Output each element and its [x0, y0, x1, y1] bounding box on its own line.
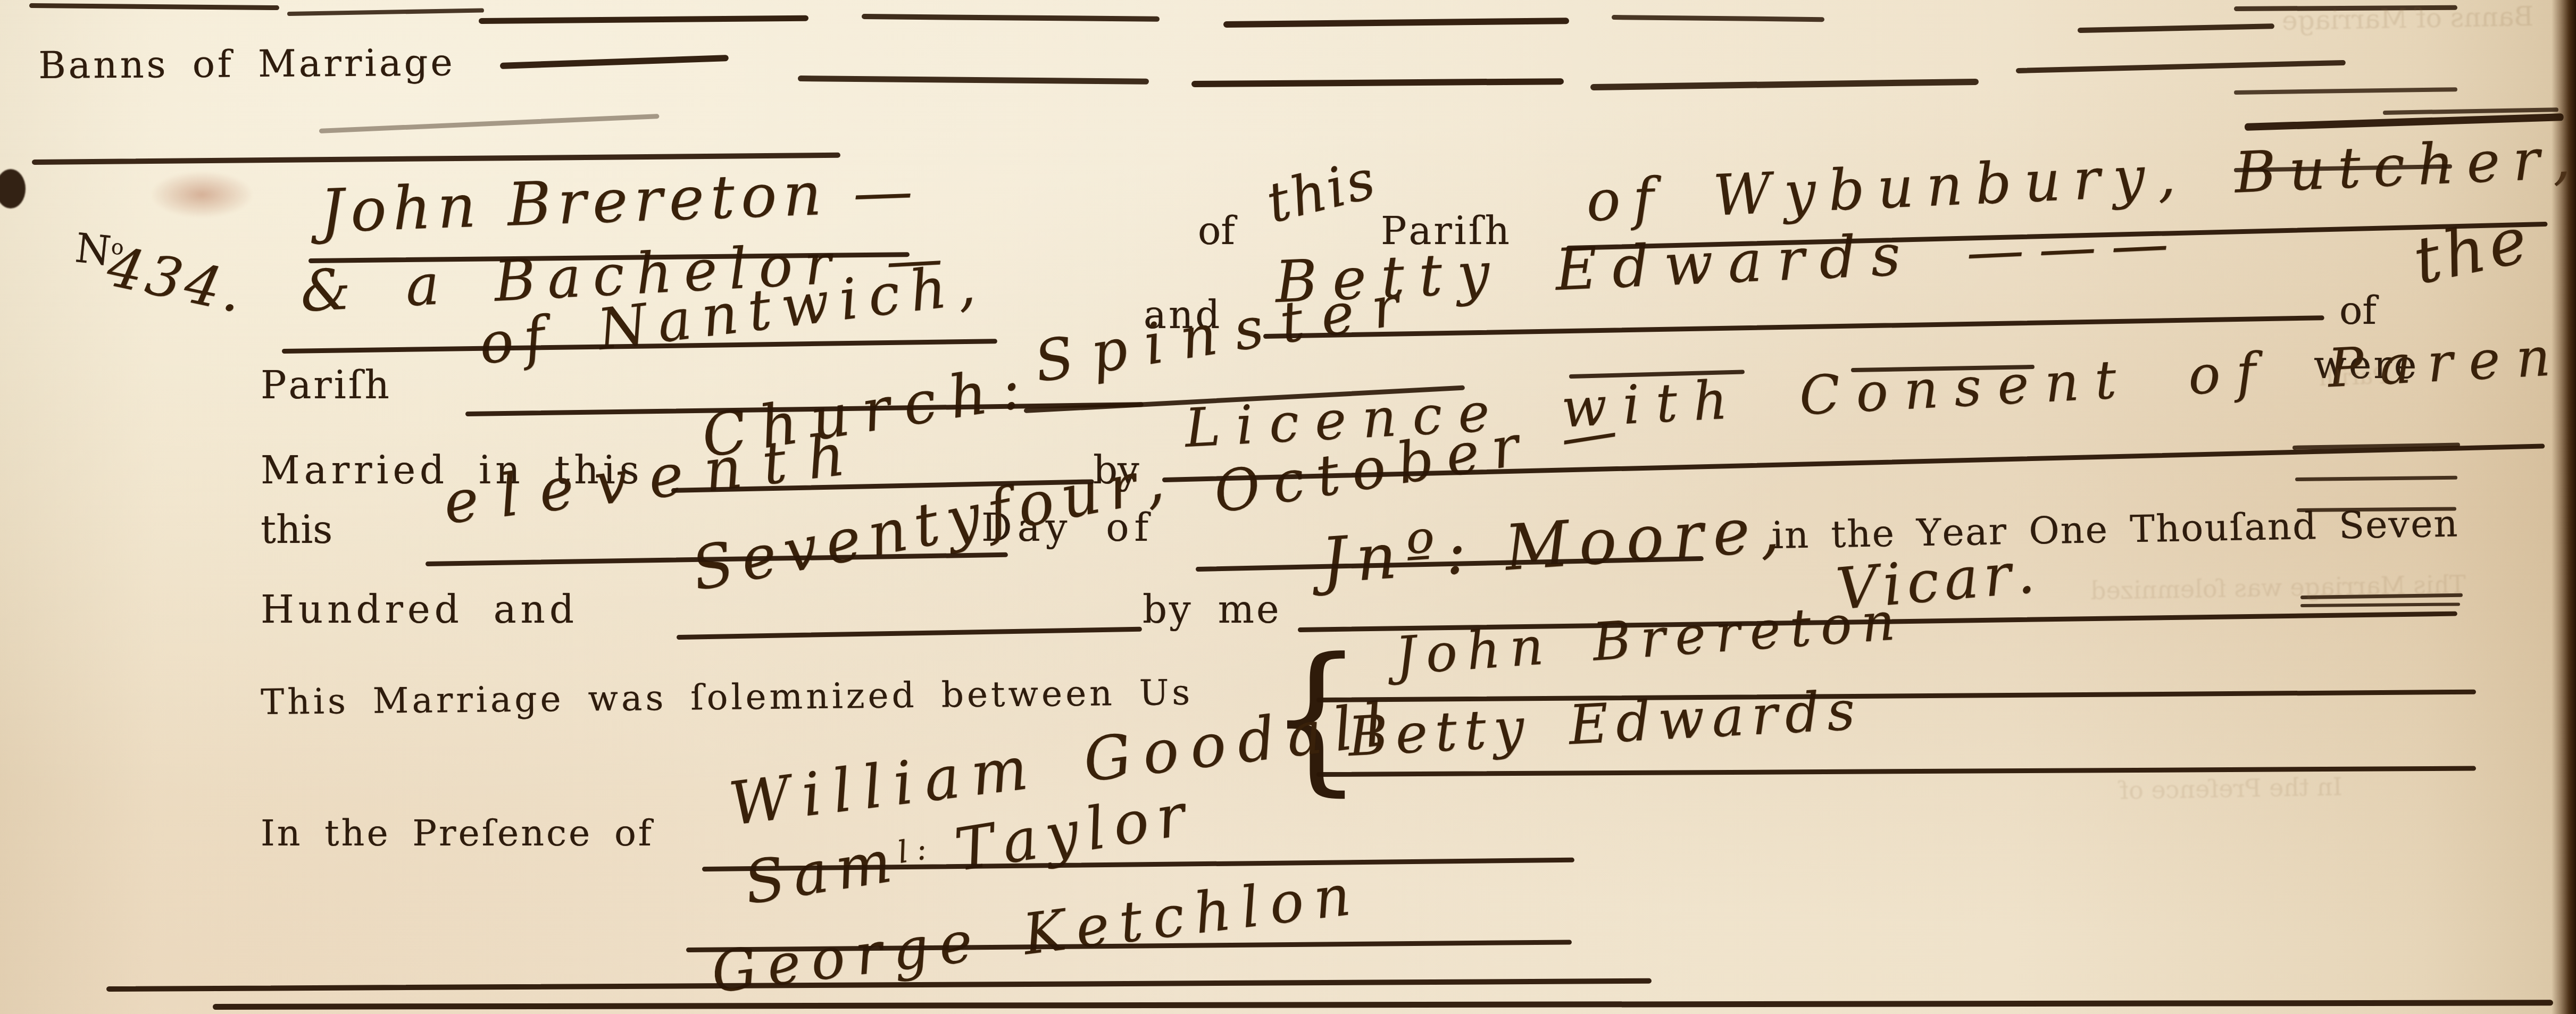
ink-rule	[2300, 602, 2460, 607]
ink-scribble-line	[1223, 18, 1569, 28]
bleedthrough-presence: In the Preſence of	[2120, 774, 2342, 802]
solemnized-label: This Marriage was ſolemnized between Us	[261, 675, 1194, 720]
ink-scribble-line	[287, 9, 484, 16]
this-parish-entry: this	[1262, 152, 1382, 231]
groom-signature: John Brereton	[1394, 595, 1906, 683]
of-label-1: of	[1198, 212, 1235, 250]
of-label-2: of	[2339, 291, 2377, 330]
ink-rule	[677, 627, 1142, 640]
ink-rule	[1263, 315, 2324, 339]
page-title: Banns of Marriage	[38, 44, 455, 84]
ink-scribble-line	[500, 55, 729, 69]
ink-scribble-line	[2078, 23, 2274, 33]
ink-scribble-line	[2234, 87, 2457, 95]
rust-stain	[150, 171, 254, 218]
officiant-entry: Jnº: Moore,	[1319, 497, 1791, 592]
ink-rule	[1316, 690, 2476, 702]
ink-scribble-line	[1612, 15, 1824, 22]
this-label: this	[261, 510, 332, 549]
ink-rule	[213, 1000, 2553, 1010]
by-me-label: by me	[1143, 590, 1281, 628]
groom-name-entry: John Brereton —	[319, 161, 920, 241]
presence-label: In the Preſence of	[261, 816, 654, 852]
ink-scribble-line	[2016, 60, 2346, 73]
page-binding-edge	[2552, 0, 2576, 1014]
bleedthrough-parish: Pariſh	[2319, 365, 2388, 389]
hundred-and-label: Hundred and	[261, 590, 578, 628]
ink-scribble-line	[1191, 78, 1564, 87]
ink-scribble-line	[319, 114, 660, 133]
ink-scribble-line	[2383, 107, 2558, 115]
ink-blotch	[0, 169, 26, 208]
in-the-year-label: in the Year One Thouſand Seven	[1771, 505, 2459, 554]
ink-scribble-line	[798, 76, 1149, 85]
ink-scribble-line	[1590, 79, 1979, 90]
ink-scribble-line	[479, 15, 808, 24]
marriage-register-page: Banns of Marriage No 434. John Brereton …	[0, 0, 2576, 1014]
ink-scribble-line	[862, 14, 1160, 22]
bleedthrough-title: Banns of Marriage	[2282, 3, 2534, 34]
entry-number-value: 434.	[103, 238, 251, 322]
ink-scribble-line	[29, 3, 279, 10]
parish-label-2: Pariſh	[261, 366, 391, 404]
bleedthrough-solemnized: This Marriage was ſolemnized	[2090, 572, 2466, 603]
ink-rule	[2295, 476, 2457, 481]
the-word-entry: the	[2408, 207, 2537, 294]
